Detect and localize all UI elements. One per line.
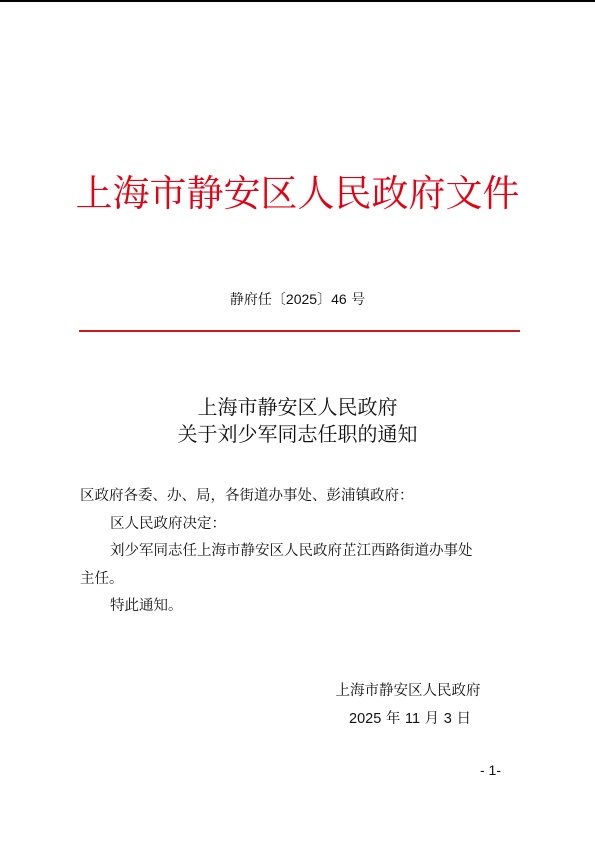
document-masthead: 上海市静安区人民政府文件 — [0, 166, 595, 222]
title-line-2: 关于刘少军同志任职的通知 — [0, 421, 595, 448]
document-body: 区政府各委、办、局，各街道办事处、彭浦镇政府： 区人民政府决定： 刘少军同志任上… — [80, 483, 520, 621]
paragraph-appointment-line-2: 主任。 — [80, 566, 520, 594]
doc-number-bracket-open: 〔 — [272, 292, 286, 308]
doc-number-year: 2025 — [286, 291, 317, 307]
paragraph-closing: 特此通知。 — [80, 593, 520, 621]
page-number: - 1- — [480, 762, 501, 778]
document-title: 上海市静安区人民政府 关于刘少军同志任职的通知 — [0, 394, 595, 448]
date-year: 2025 — [349, 711, 381, 727]
signature-organization: 上海市静安区人民政府 — [298, 681, 518, 701]
salutation: 区政府各委、办、局，各街道办事处、彭浦镇政府： — [80, 483, 520, 511]
doc-number-suffix: 号 — [351, 292, 365, 308]
red-separator-line — [79, 330, 520, 332]
title-line-1: 上海市静安区人民政府 — [0, 394, 595, 421]
date-year-unit: 年 — [386, 711, 401, 727]
signature-date: 2025 年 11 月 3 日 — [300, 709, 520, 729]
doc-number-bracket-close: 〕 — [317, 292, 331, 308]
date-day: 3 — [444, 711, 452, 727]
date-month-unit: 月 — [425, 711, 440, 727]
date-month: 11 — [405, 711, 420, 727]
top-border — [0, 0, 595, 2]
doc-number-prefix: 静府任 — [230, 292, 272, 308]
paragraph-decision: 区人民政府决定： — [80, 511, 520, 539]
document-number: 静府任〔2025〕46 号 — [0, 289, 595, 310]
date-day-unit: 日 — [456, 711, 471, 727]
doc-number-value: 46 — [331, 291, 347, 307]
paragraph-appointment-line-1: 刘少军同志任上海市静安区人民政府芷江西路街道办事处 — [80, 538, 520, 566]
